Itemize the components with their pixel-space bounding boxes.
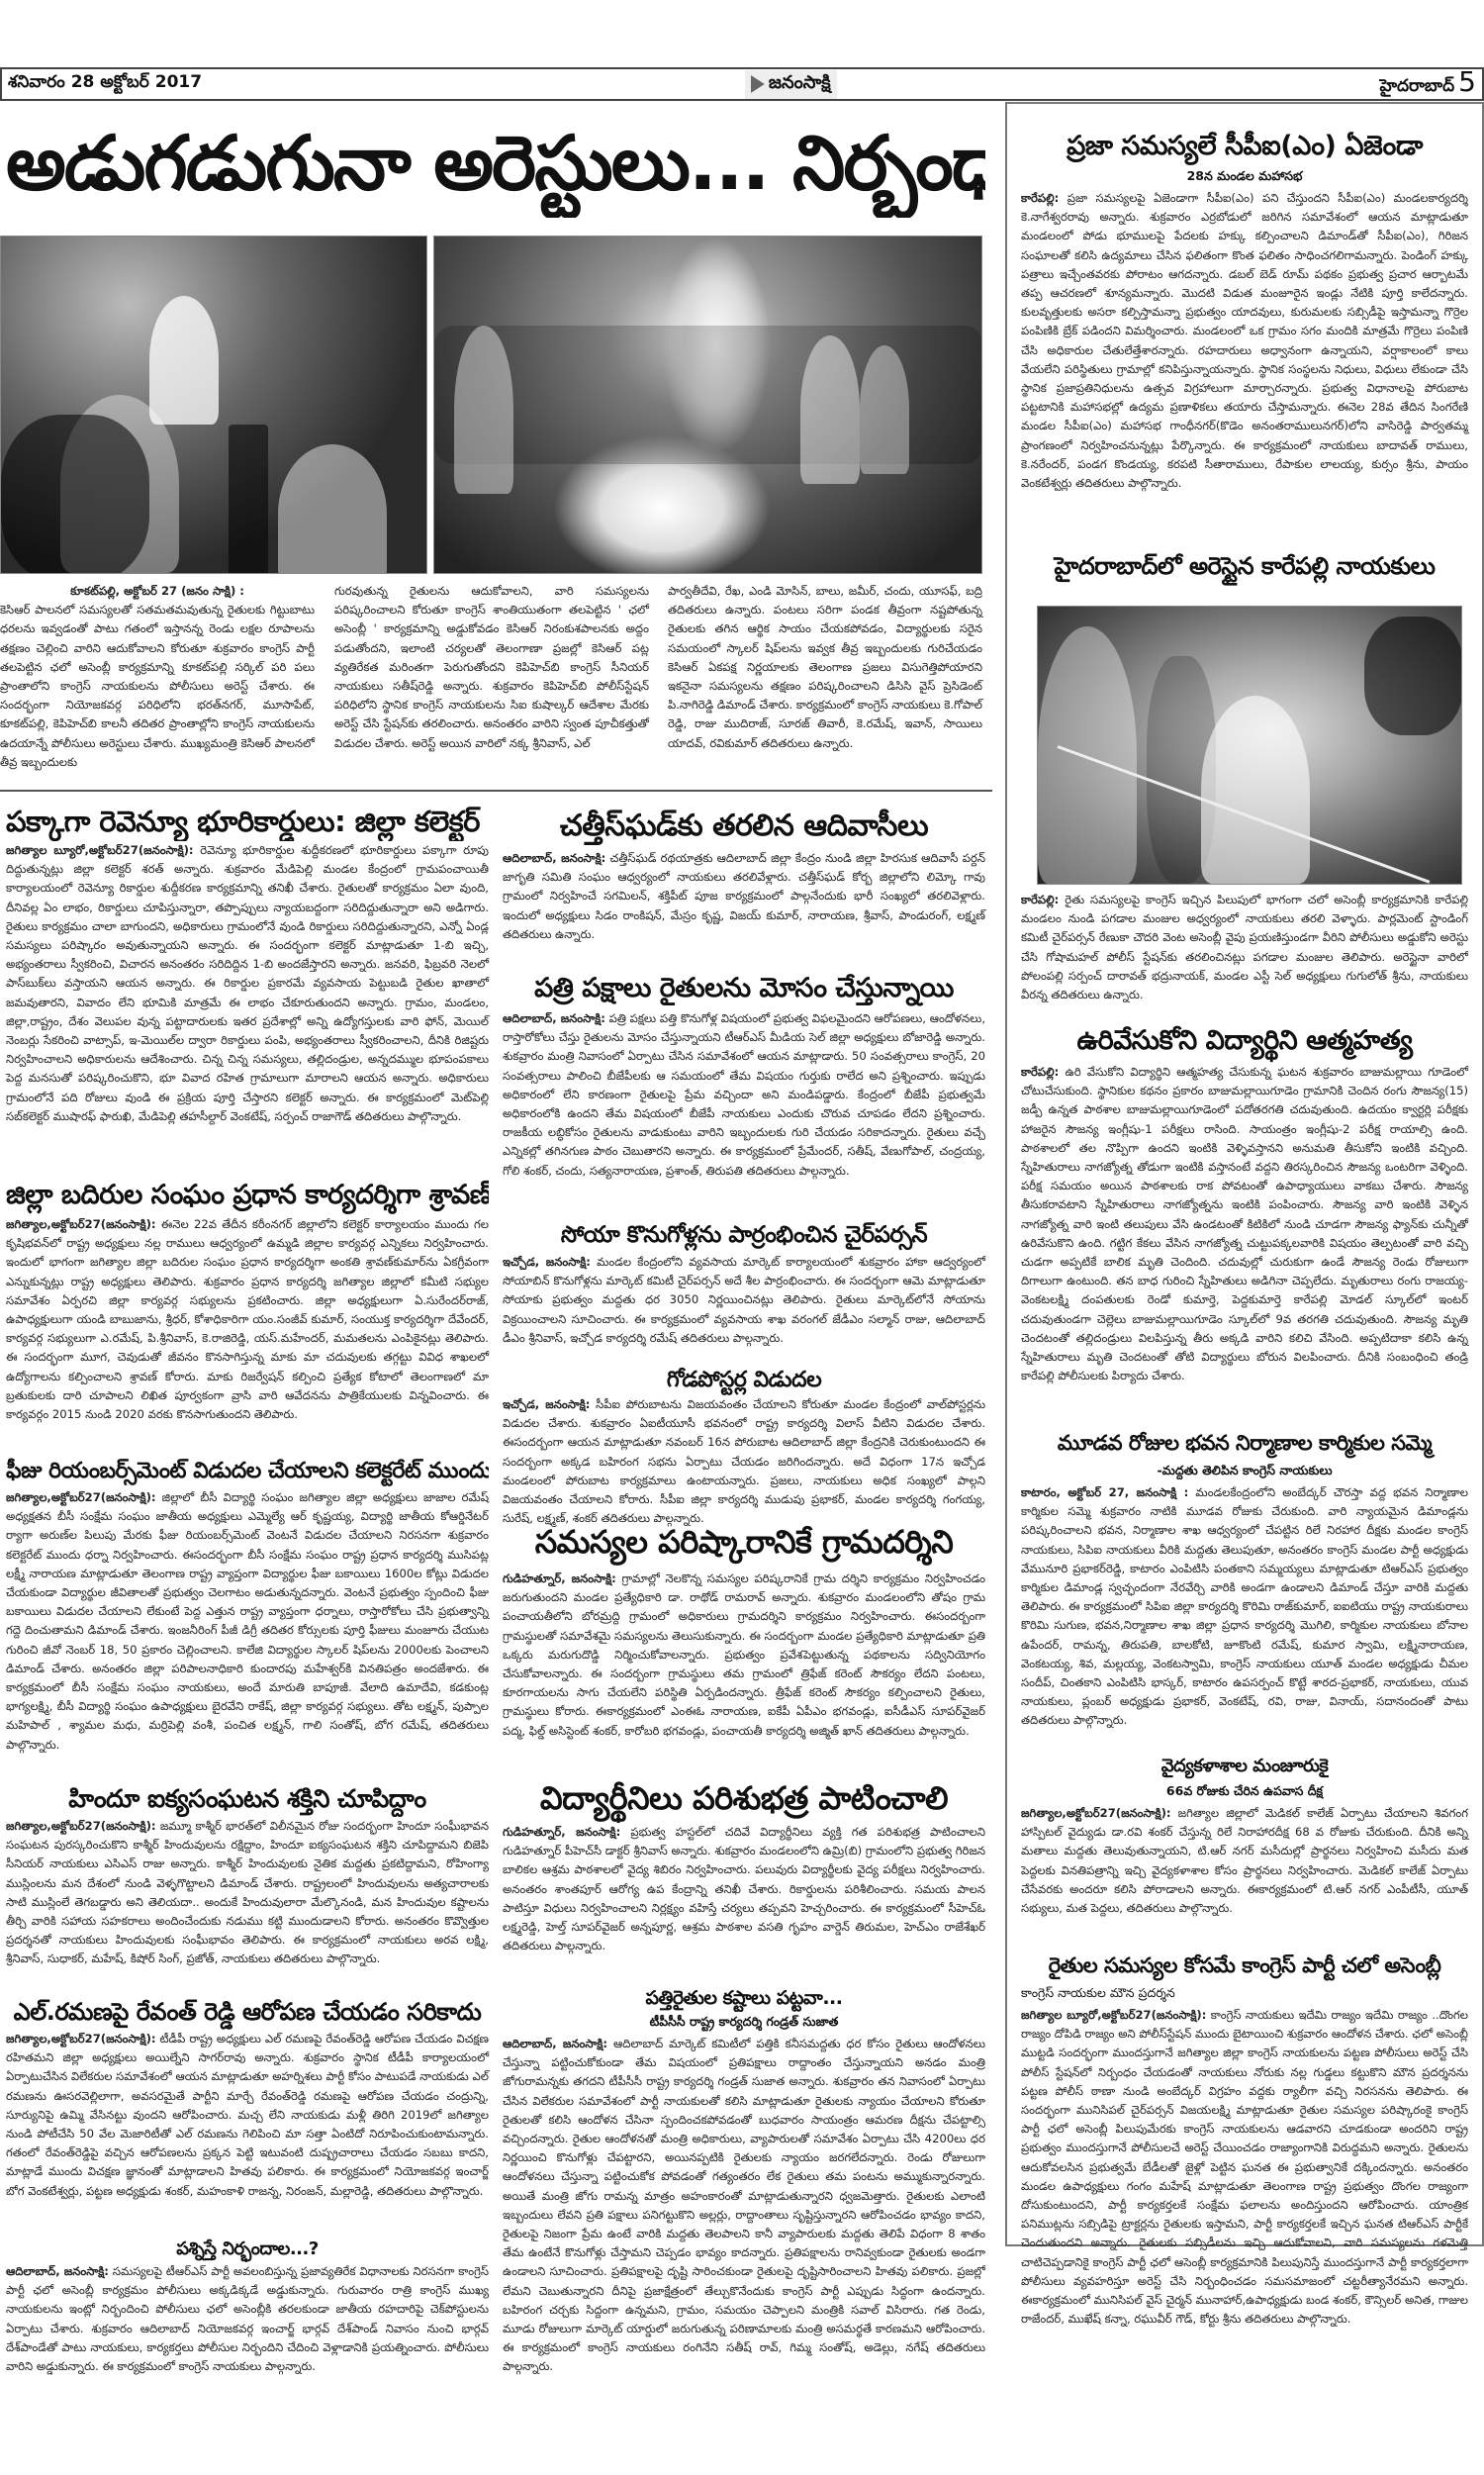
article-dateline: జగిత్యాల,అక్టోబర్27(జనంసాక్షి): — [6, 1490, 156, 1504]
article-body: సమస్యలపై టీఆర్‌ఎస్ పార్టీ అవలంబిస్తున్న … — [6, 2264, 489, 2373]
article-dateline: ఆదిలాబాద్, జనంసాక్షి: — [6, 2264, 109, 2278]
article-body: ఆదిలాబాద్ మార్కెట్ కమిటీలో పత్తికి కనీసమ… — [503, 2037, 985, 2373]
lead-story-column-3: పార్వతీదేవి, రేఖ, ఎండి మోసిన్, బాలు, జమీ… — [668, 582, 982, 753]
article-hindu-unity: హిందూ ఐక్యసంఘటన శక్తిని చూపిద్దాం జగిత్య… — [6, 1781, 489, 1969]
article-headline: ఉరివేసుకోని విద్యార్థిని ఆత్మహత్య — [1021, 1019, 1468, 1063]
lead-text: గురవుతున్న రైతులను ఆదుకోవాలని, వారి సమస్… — [334, 584, 649, 750]
article-dateline: కారేపల్లి: — [1021, 191, 1059, 205]
article-body: జమ్మూ కాశ్మీర్ భారత్‌లో విలీనమైన రోజు సం… — [6, 1819, 489, 1965]
lead-text: పార్వతీదేవి, రేఖ, ఎండి మోసిన్, బాలు, జమీ… — [668, 584, 982, 750]
article-body: ప్రభుత్వ హస్టల్‌లో చదివే విద్యార్థీనిలు … — [503, 1825, 985, 1952]
article-headline: ఫీజు రియంబర్స్‌మెంట్ విడుదల చేయాలని కలెక… — [6, 1455, 489, 1488]
lead-text: కెసిఆర్ పాలనలో సమస్యలతో సతమతమవుతున్న రైత… — [0, 603, 315, 769]
article-subheadline: టీపీసీసీ రాష్ట్ర కార్యదర్శి గండ్రత్ సుజా… — [503, 2014, 985, 2033]
article-headline: విద్యార్థీనిలు పరిశుభత్ర పాటించాలి — [503, 1773, 985, 1823]
article-deaf-association: జిల్లా బదిరుల సంఘం ప్రధాన కార్యదర్శిగా శ… — [6, 1176, 489, 1424]
article-headline: సమస్యల పరిష్కారానికే గ్రామదర్శిని — [503, 1514, 985, 1570]
article-dateline: గుడిహత్నూర్, జనంసాక్షి: — [503, 1571, 616, 1585]
article-congress-chalo-assembly: రైతుల సమస్యల కోసమే కాంగ్రెస్ పార్టీ చలో … — [1021, 1948, 1468, 2329]
article-headline: జిల్లా బదిరుల సంఘం ప్రధాన కార్యదర్శిగా శ… — [6, 1176, 489, 1215]
article-students-hygiene: విద్యార్థీనిలు పరిశుభత్ర పాటించాలి గుడిహ… — [503, 1773, 985, 1955]
article-headline: రైతుల సమస్యల కోసమే కాంగ్రెస్ పార్టీ చలో … — [1021, 1948, 1468, 1983]
article-opposition-cheating-farmers: పత్రి పక్షాలు రైతులను మోసం చేస్తున్నాయి … — [503, 968, 985, 1181]
article-cotton-farmers: పత్తిరైతుల కష్టాలు పట్టవా... టీపీసీసీ రా… — [503, 1984, 985, 2377]
article-adivasis-chhattisgarh: చత్తీస్‌ఘడ్‌కు తరలిన ఆదివాసీలు ఆదిలాబాద్… — [503, 804, 985, 944]
page-number: 5 — [1458, 68, 1476, 96]
article-body: ఈనెల 22వ తేదీన కరీంనగర్ జిల్లాలోని కలెక్… — [6, 1217, 489, 1421]
article-l-ramana: ఎల్.రమణపై రేవంత్ రెడ్డి ఆరోపణ చేయడం సరిక… — [6, 1994, 489, 2201]
article-headline: పత్తిరైతుల కష్టాలు పట్టవా... — [503, 1984, 985, 2012]
article-body: కాంగ్రెస్ నాయకులు ఇదేమి రాజ్యం ఇదేమి రాజ… — [1021, 2008, 1468, 2326]
lead-story-column-1: కూకట్‌పల్లి, అక్టోబర్ 27 (జనం సాక్షి) : … — [0, 582, 315, 772]
article-body: టీడీపీ రాష్ట్ర అధ్యక్షులు ఎల్ రమణపై రేవం… — [6, 2032, 489, 2198]
renuka-chowdary-arrest-photo — [1037, 606, 1462, 885]
article-body: ప్రజా సమస్యలపై ఏజెండాగా సీపీఐ(ఎం) పని చే… — [1021, 191, 1468, 490]
page-masthead: శనివారం 28 అక్టోబర్ 2017 జనంసాక్షి హైదరా… — [0, 67, 1484, 101]
article-dateline: జగిత్యాల బ్యూరో,అక్టోబర్27(జనంసాక్షి): — [1021, 2008, 1206, 2022]
article-dateline: కాటారం, అక్టోబర్ 27, జనంసాక్షి : — [1021, 1485, 1188, 1499]
article-dateline: ఆదిలాబాద్, జనంసాక్షి: — [503, 2037, 607, 2050]
article-headline: సోయా కొనుగోళ్లను పార్రంభించిన చైర్‌పర్సన… — [503, 1217, 985, 1253]
article-headline: హైదరాబాద్‌లో అరెస్టైన కారేపల్లి నాయకులు — [1021, 546, 1468, 586]
article-body: గ్రామాల్లో నెలకొన్న సమస్యల పరిష్కరానికే … — [503, 1571, 985, 1738]
article-dateline: ఆదిలాబాద్, జనంసాక్షి: — [503, 1011, 605, 1025]
article-body: పత్రి పక్షలు పత్తి కొనుగోళ్ల విషయంలో ప్ర… — [503, 1011, 985, 1178]
article-headline: గోడపోస్టర్ల విడుదల — [503, 1366, 985, 1395]
article-body: జిల్లాలో బీసీ విద్యార్థి సంఘం జగిత్యాల జ… — [6, 1490, 489, 1752]
article-medical-college-fast: వైద్యకళాశాల మంజూరుకై 66వ రోజుకు చేరిన ఉప… — [1021, 1752, 1468, 1918]
article-karepalli-leaders-arrested: హైదరాబాద్‌లో అరెస్టైన కారేపల్లి నాయకులు — [1021, 546, 1468, 586]
issue-date: శనివారం 28 అక్టోబర్ 2017 — [8, 72, 202, 96]
article-subheadline: కాంగ్రెస్ నాయకుల మౌన ప్రదర్శన — [1021, 1985, 1468, 2004]
article-headline: పశ్నిస్తే నిర్భందాల...? — [6, 2237, 489, 2262]
lead-dateline: కూకట్‌పల్లి, అక్టోబర్ 27 (జనం సాక్షి) : — [0, 582, 315, 601]
article-dateline: జగిత్యాల,అక్టోబర్27(జనంసాక్షి): — [6, 2032, 156, 2046]
article-gramadarshini: సమస్యల పరిష్కారానికే గ్రామదర్శిని గుడిహత… — [503, 1514, 985, 1741]
article-construction-workers-strike: మూడవ రోజుల భవన నిర్మాణాల కార్మికుల సమ్మె… — [1021, 1425, 1468, 1731]
logo-text: జనంసాక్షి — [769, 72, 831, 97]
logo-arrow-icon — [751, 75, 765, 93]
lead-headline: అడుగడుగునా అరెస్టులు... నిర్బంధాలు.. — [6, 109, 985, 218]
protest-police-van-photo — [0, 236, 427, 574]
article-dateline: కారేపల్లి: — [1021, 1065, 1059, 1079]
article-revenue-records: పక్కాగా రెవెన్యూ భూరికార్డులు: జిల్లా కల… — [6, 802, 489, 1126]
article-soya-procurement: సోయా కొనుగోళ్లను పార్రంభించిన చైర్‌పర్సన… — [503, 1217, 985, 1348]
article-dateline: ఇచ్చోడ, జనంసాక్షి: — [503, 1255, 591, 1269]
article-dateline: ఆదిలాబాద్, జనంసాక్షి: — [503, 851, 605, 865]
article-subheadline: -మద్దతు తెలిపిన కాంగ్రెస్ నాయకులు — [1021, 1463, 1468, 1481]
article-headline: పక్కాగా రెవెన్యూ భూరికార్డులు: జిల్లా కల… — [6, 802, 489, 841]
lead-story-column-2: గురవుతున్న రైతులను ఆదుకోవాలని, వారి సమస్… — [334, 582, 649, 753]
article-questioning-detentions: పశ్నిస్తే నిర్భందాల...? ఆదిలాబాద్, జనంసా… — [6, 2237, 489, 2376]
effigy-burning-protest-photo — [433, 236, 982, 574]
article-headline: పత్రి పక్షాలు రైతులను మోసం చేస్తున్నాయి — [503, 968, 985, 1009]
article-dateline: జగిత్యాల,అక్టోబర్27(జనంసాక్షి): — [6, 1819, 156, 1833]
article-dateline: జగిత్యాల,అక్టోబర్27(జనంసాక్షి): — [1021, 1806, 1171, 1820]
article-body: జగిత్యాల జిల్లాలో మెడికల్ కాలేజ్ ఏర్పాటు… — [1021, 1806, 1468, 1915]
article-subheadline: 66వ రోజుకు చేరిన ఉపవాస దీక్ష — [1021, 1783, 1468, 1802]
article-headline: చత్తీస్‌ఘడ్‌కు తరలిన ఆదివాసీలు — [503, 804, 985, 849]
city-name: హైదరాబాద్ — [1379, 76, 1454, 100]
article-karepalli-leaders-body: కారేపల్లి: రైతు సమస్యలపై కాంగ్రెస్ ఇచ్చి… — [1021, 891, 1468, 1004]
article-headline: ప్రజా సమస్యలే సీపీఐ(ఎం) ఏజెండా — [1021, 127, 1468, 166]
article-dateline: జగిత్యాల బ్యూరో,అక్టోబర్27(జనంసాక్షి): — [6, 843, 194, 857]
article-cpim-agenda: ప్రజా సమస్యలే సీపీఐ(ఎం) ఏజెండా 28న మండల … — [1021, 127, 1468, 493]
article-headline: ఎల్.రమణపై రేవంత్ రెడ్డి ఆరోపణ చేయడం సరిక… — [6, 1994, 489, 2030]
article-body: రెవెన్యూ భూరికార్డుల శుద్దీకరణలో భూరికార… — [6, 843, 489, 1123]
article-body: సీపీఐ పోరుబాటను విజయవంతం చేయాలని కోరుతూ … — [503, 1397, 985, 1525]
edition-city: హైదరాబాద్ 5 — [1379, 68, 1476, 100]
article-wall-posters: గోడపోస్టర్ల విడుదల ఇచ్చోడ, జనంసాక్షి: సీ… — [503, 1366, 985, 1528]
article-body: మండలకేంద్రంలోని అంబేద్కర్ చౌరస్తా వద్ద భ… — [1021, 1485, 1468, 1727]
article-headline: హిందూ ఐక్యసంఘటన శక్తిని చూపిద్దాం — [6, 1781, 489, 1817]
article-dateline: జగిత్యాల,అక్టోబర్27(జనంసాక్షి): — [6, 1217, 156, 1231]
article-body: ఉరి వేసుకోని విద్యార్థిని ఆత్మహత్య చేసుక… — [1021, 1065, 1468, 1382]
article-dateline: ఇచ్చోడ, జనంసాక్షి: — [503, 1397, 590, 1411]
article-headline: మూడవ రోజుల భవన నిర్మాణాల కార్మికుల సమ్మె — [1021, 1425, 1468, 1461]
article-headline: వైద్యకళాశాల మంజూరుకై — [1021, 1752, 1468, 1781]
newspaper-logo: జనంసాక్షి — [745, 70, 837, 99]
article-fee-reimbursement-dharna: ఫీజు రియంబర్స్‌మెంట్ విడుదల చేయాలని కలెక… — [6, 1455, 489, 1755]
article-subheadline: 28న మండల మహాసభ — [1021, 168, 1468, 187]
article-dateline: కారేపల్లి: — [1021, 893, 1059, 906]
article-student-suicide: ఉరివేసుకోని విద్యార్థిని ఆత్మహత్య కారేపల… — [1021, 1019, 1468, 1385]
article-body: రైతు సమస్యలపై కాంగ్రెస్ ఇచ్చిన పిలుపులో … — [1021, 893, 1468, 1001]
section-divider — [0, 790, 992, 792]
article-dateline: గుడిహత్నూర్, జనంసాక్షి: — [503, 1825, 620, 1839]
